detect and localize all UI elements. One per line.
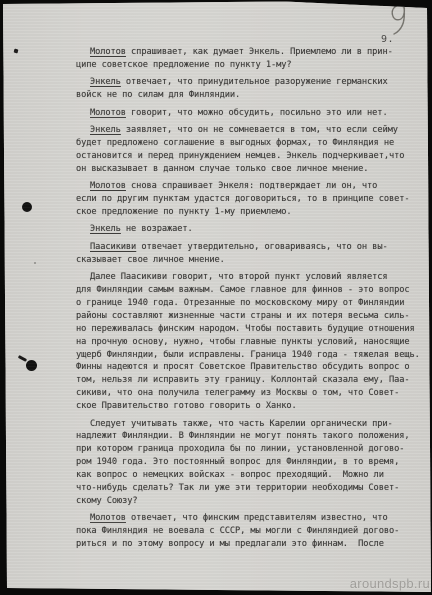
speaker-name: Паасикиви xyxy=(90,242,136,252)
text-line: пока Финляндия не воевала с СССР, мы мог… xyxy=(76,525,426,538)
text-line: Следует учитывать также, что часть Карел… xyxy=(76,418,426,431)
text-line: на прочную основу, нужно, чтобы главные … xyxy=(76,336,426,349)
text-line: том, нельзя ли исправить эту границу. Ко… xyxy=(76,374,426,387)
paragraph: Энкель отвечает, что принудительное разо… xyxy=(76,76,426,102)
text-line: Энкель отвечает, что принудительное разо… xyxy=(76,76,426,89)
hole-punch-top xyxy=(22,202,32,212)
ink-speck-faint xyxy=(34,262,36,264)
text-line: ром 1940 года. Это постоянный вопрос для… xyxy=(76,456,426,469)
text-line: Энкель не возражает. xyxy=(76,223,426,236)
watermark: aroundspb.ru xyxy=(350,576,430,591)
speaker-name: Энкель xyxy=(90,77,121,87)
paragraph: Молотов говорит, что можно обсудить, пос… xyxy=(76,107,426,120)
text-line: районы составляют жизненные части страны… xyxy=(76,310,426,323)
ink-speck xyxy=(14,49,19,54)
text-line: что-нибудь сделать? Так ли уже эти терри… xyxy=(76,482,426,495)
hole-punch-bottom xyxy=(26,360,37,371)
paragraph: Паасикиви отвечает утвердительно, оговар… xyxy=(76,241,426,267)
text-line: риться и по этому вопросу и мы предлагал… xyxy=(76,538,426,551)
text-line: он высказывает в данном случае только св… xyxy=(76,163,426,176)
paragraph: Следует учитывать также, что часть Карел… xyxy=(76,418,426,508)
document-body: Молотов спрашивает, как думает Энкель. П… xyxy=(76,46,426,551)
text-line: если по другим пунктам удастся договорит… xyxy=(76,193,426,206)
text-line: Энкель заявляет, что он не сомневается в… xyxy=(76,124,426,137)
text-line: для Финляндии самым важным. Самое главно… xyxy=(76,284,426,297)
paragraph: Далее Паасикиви говорит, что второй пунк… xyxy=(76,271,426,413)
text-line: Финны надеются и просят Советское Правит… xyxy=(76,361,426,374)
paragraph: Энкель не возражает. xyxy=(76,223,426,236)
paragraph: Молотов снова спрашивает Энкеля: подтвер… xyxy=(76,180,426,219)
speaker-name: Молотов xyxy=(90,513,126,523)
speaker-name: Энкель xyxy=(90,125,121,135)
text-line: остановится и перед принуждением немцев.… xyxy=(76,150,426,163)
text-line: ципе советское предложение по пункту 1-м… xyxy=(76,59,426,72)
text-line: сказывает свое личное мнение. xyxy=(76,254,426,267)
paragraph: Молотов спрашивает, как думает Энкель. П… xyxy=(76,46,426,72)
text-line: войск не по силам для Финляндии. xyxy=(76,89,426,102)
text-line: надлежит Финляндии. В Финляндии не могут… xyxy=(76,430,426,443)
page-number: 9. xyxy=(381,34,394,45)
text-line: Молотов спрашивает, как думает Энкель. П… xyxy=(76,46,426,59)
text-line: ское предложение по пункту 1-му приемлем… xyxy=(76,206,426,219)
speaker-name: Молотов xyxy=(90,181,126,191)
text-line: о границе 1940 года. Отрезанные по моско… xyxy=(76,297,426,310)
paper: 9. Молотов спрашивает, как думает Энкель… xyxy=(0,0,432,595)
speaker-name: Молотов xyxy=(90,108,126,118)
speaker-name: Энкель xyxy=(90,224,121,234)
text-line: Далее Паасикиви говорит, что второй пунк… xyxy=(76,271,426,284)
text-line: Молотов снова спрашивает Энкеля: подтвер… xyxy=(76,180,426,193)
text-line: при котором граница проходила бы по лини… xyxy=(76,443,426,456)
text-line: как вопрос о немецких войсках - вопрос п… xyxy=(76,469,426,482)
text-line: Молотов говорит, что можно обсудить, пос… xyxy=(76,107,426,120)
text-line: Молотов отвечает, что финским представит… xyxy=(76,512,426,525)
scanned-page: 9. Молотов спрашивает, как думает Энкель… xyxy=(0,0,432,595)
paragraph: Молотов отвечает, что финским представит… xyxy=(76,512,426,551)
text-line: ское Правительство готово говорить о Хан… xyxy=(76,400,426,413)
text-line: сикиви, что она получила телеграмму из М… xyxy=(76,387,426,400)
text-line: Паасикиви отвечает утвердительно, оговар… xyxy=(76,241,426,254)
text-line: будет предложено соглашение в выгодных ф… xyxy=(76,137,426,150)
text-line: скому Союзу? xyxy=(76,495,426,508)
text-line: ущерб Финляндии, были исправлены. Границ… xyxy=(76,349,426,362)
handwritten-page-mark xyxy=(386,2,412,36)
text-line: но переживалась финским народом. Чтобы п… xyxy=(76,323,426,336)
paragraph: Энкель заявляет, что он не сомневается в… xyxy=(76,124,426,176)
speaker-name: Молотов xyxy=(90,47,126,57)
